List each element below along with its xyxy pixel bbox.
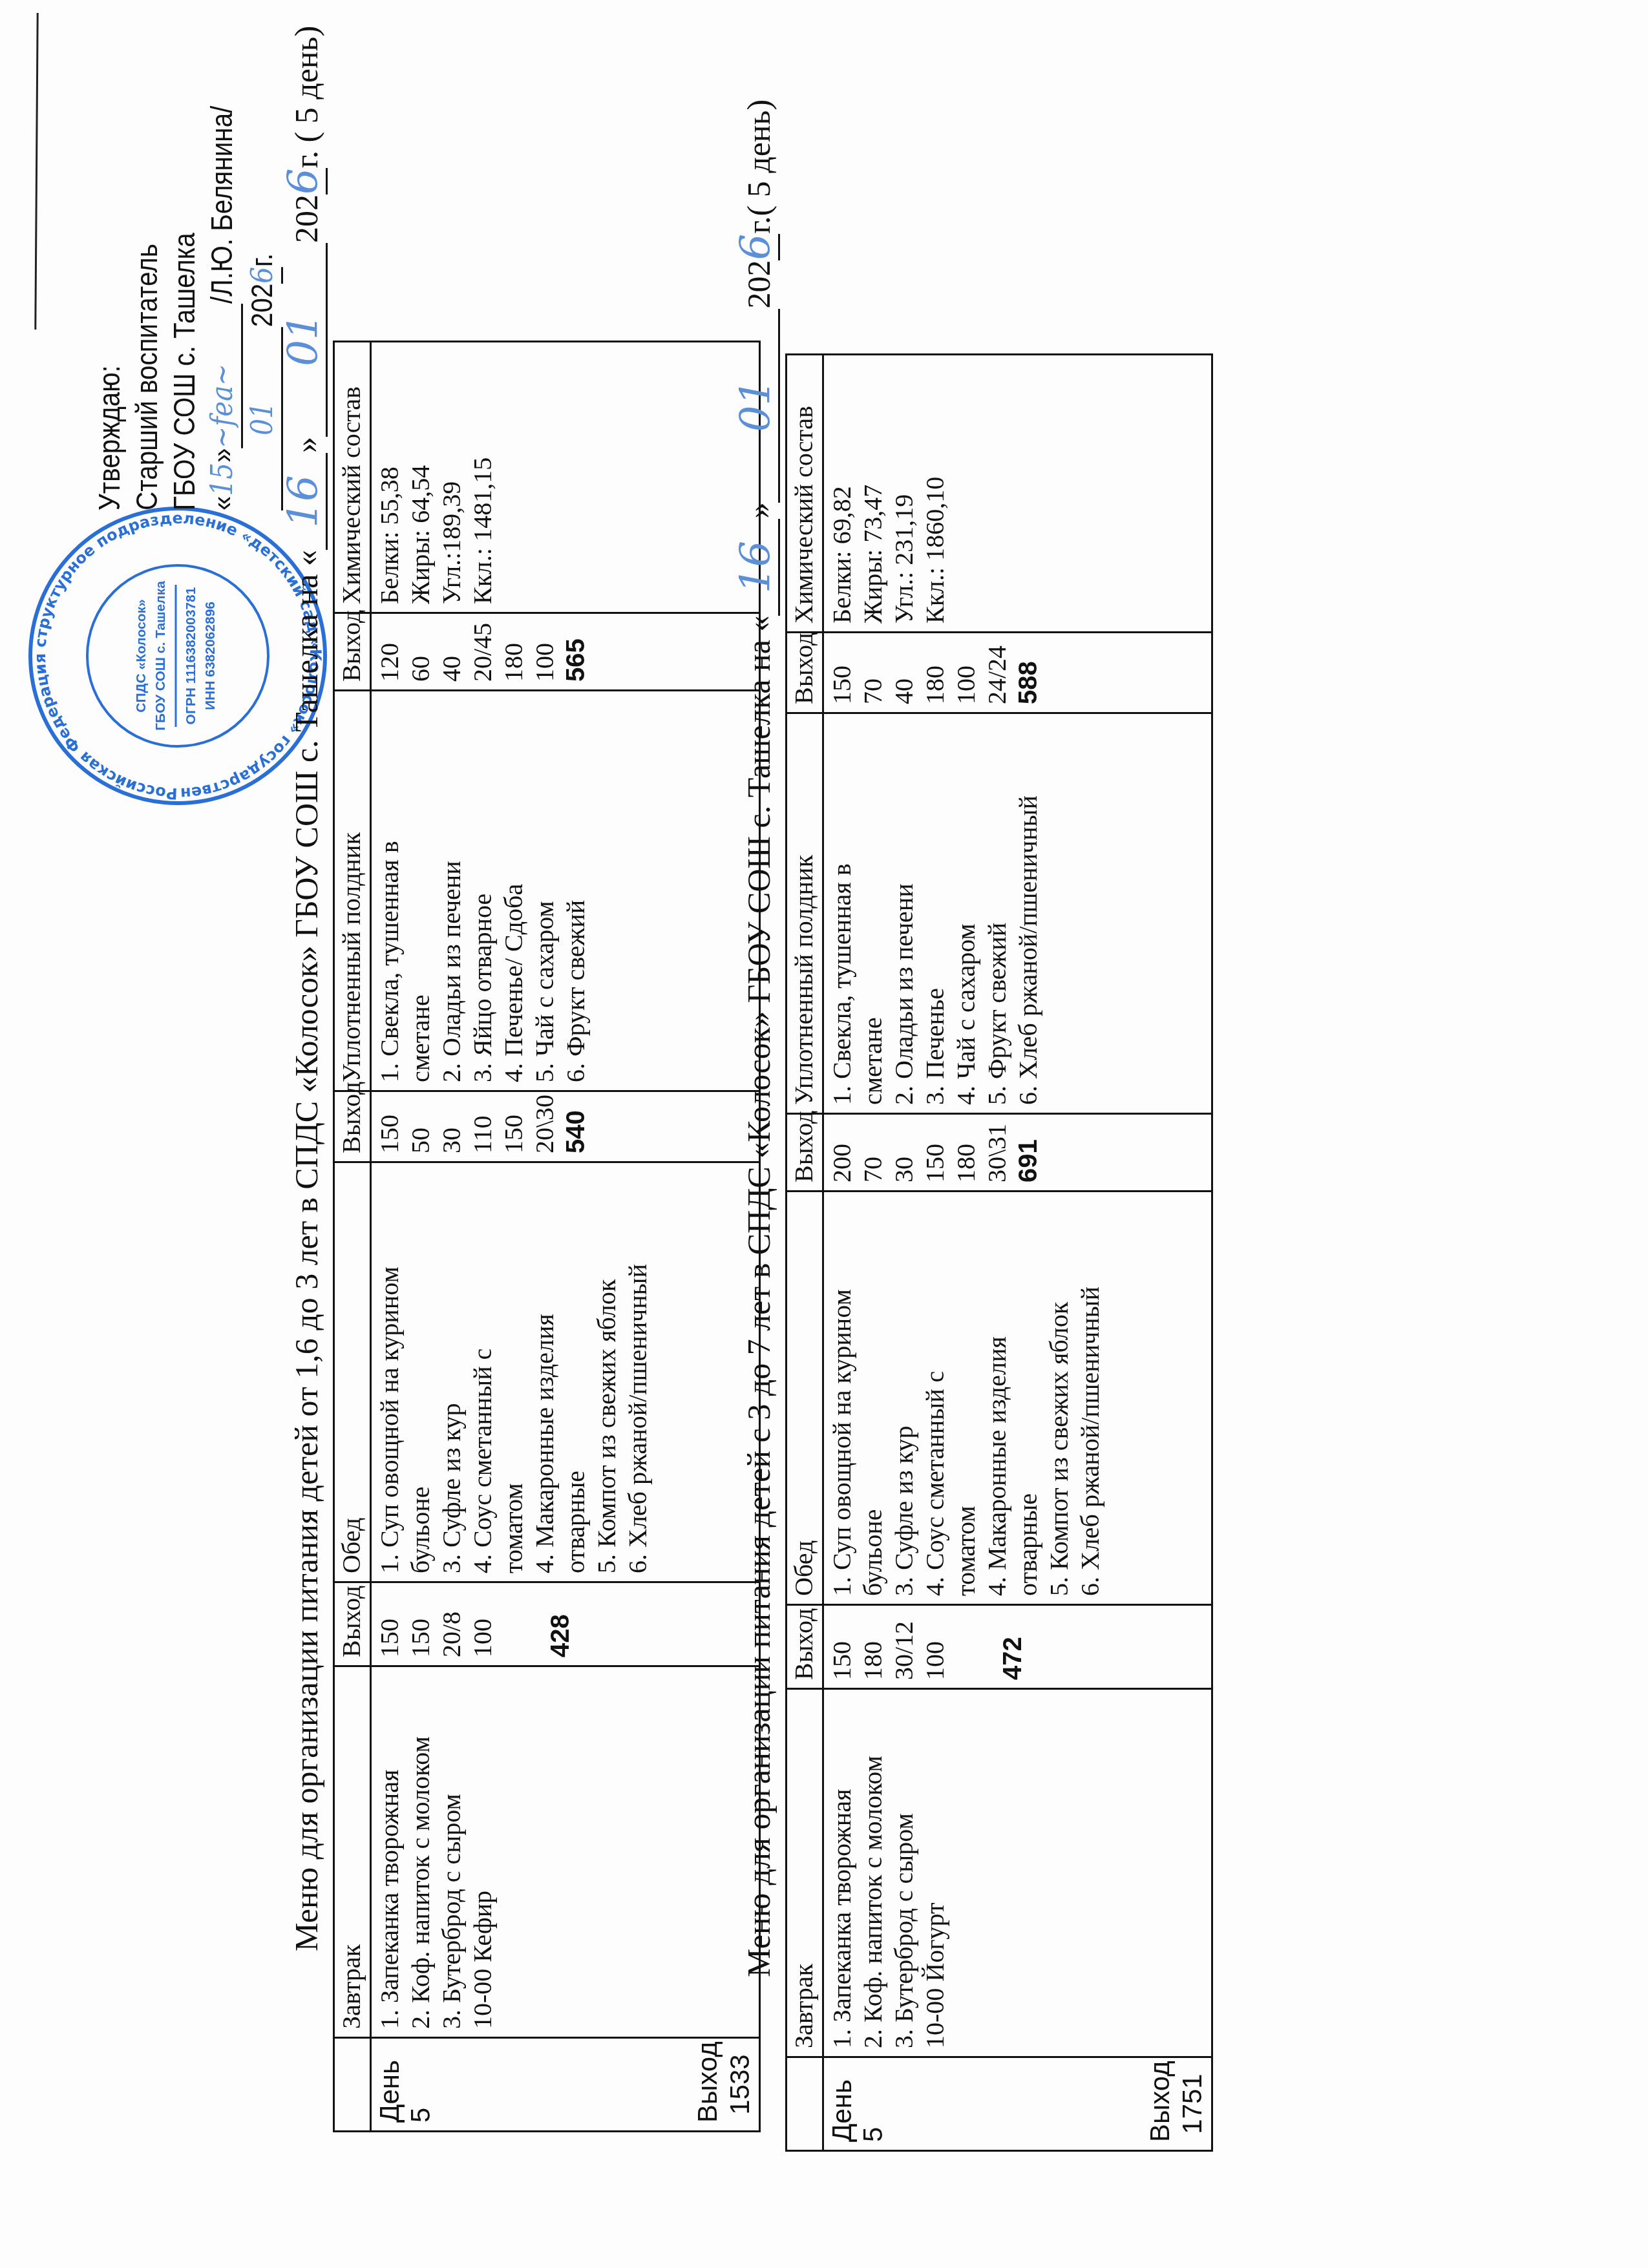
quote-close: » [288,437,324,453]
dish-item: 4. Соус сметанный с [920,1200,951,1596]
breakfast-cell: 1. Запеканка творожная2. Коф. напиток с … [823,1689,1212,2057]
menu-1-table: Завтрак Выход Обед Выход Уплотненный пол… [333,341,761,2132]
yield-value: 180 [498,622,529,682]
dish-item: 1. Запеканка творожная [374,1675,405,2029]
menu-title-text: Меню для организации питания детей от 1,… [288,550,324,1951]
yield-value: 150 [827,1613,858,1680]
breakfast-cell: 1. Запеканка творожная2. Коф. напиток с … [371,1666,760,2038]
yield-value: 180 [858,1613,889,1680]
header-lunch: Обед [787,1192,823,1605]
approval-position: Старший воспитатель [128,106,165,510]
yield-value: 60 [405,622,436,682]
dish-item: 3. Бутерброд с сыром [436,1675,467,2029]
yield-value: 24/24 [982,641,1013,704]
yield-value: 150 [498,1100,529,1153]
date-suffix: г.( 5 день) [741,100,777,234]
dish-item: 1. Свекла, тушенная в [827,722,858,1105]
header-yield: Выход [787,1605,823,1689]
yield-value: 120 [374,622,405,682]
dish-item: 4. Чай с сахаром [951,722,982,1105]
stamp-inner-line: СПДС «Колосок» [134,599,149,712]
yield-value: 20\30 [529,1100,560,1153]
header-chemistry: Химический состав [787,355,823,633]
quote-close: » [204,448,238,463]
yield-value: 40 [889,641,920,704]
yield-value: 150 [827,641,858,704]
dish-item: 4. Макаронные изделия [529,1171,560,1573]
stamp-inner-line: ОГРН 1116382003781 [184,587,198,724]
dish-item: 2. Коф. напиток с молоком [858,1697,889,2048]
dish-item: бульоне [405,1171,436,1573]
dish-item: томатом [951,1200,982,1596]
snack-cell: 1. Свекла, тушенная всметане2. Оладьи из… [371,691,760,1091]
day-cell: День 5 Выход 1751 [823,2057,1212,2151]
menu-2-title: Меню для организации питания детей с 3 д… [737,100,780,1977]
lunch-total: 540 [560,1100,591,1153]
dish-item: 6. Хлеб ржаной/пшеничный [1075,1200,1106,1596]
header-snack: Уплотненный полдник [787,713,823,1114]
header-lunch: Обед [334,1162,371,1582]
approval-signer: /Л.Ю. Белянина/ [204,106,238,304]
date-year-handwritten: 6 [732,234,780,260]
approval-year-handwritten: 6 [244,267,280,284]
dish-item: 10-00 Йогурт [920,1697,951,2048]
approval-block: Утверждаю: Старший воспитатель ГБОУ СОШ … [90,106,283,510]
snack-total: 565 [560,622,591,682]
dish-item: сметане [405,699,436,1082]
date-day-handwritten: 16 [280,475,328,527]
yield-value: 150 [920,1122,951,1182]
day-label: День 5 [827,2066,889,2142]
header-breakfast: Завтрак [334,1666,371,2038]
year-field: 6 [243,267,283,284]
chemistry-cell: Белки: 55,38Жиры: 64,54Угл.:189,39Ккл.: … [371,342,760,613]
dish-item: 3. Яйцо отварное [467,699,498,1082]
dish-item: 4. Макаронные изделия [982,1200,1013,1596]
day-cell: День 5 Выход 1533 [371,2038,760,2132]
chemistry-value: Жиры: 73,47 [858,363,889,624]
yield-value: 150 [374,1591,405,1657]
signature-field: ~fea~ [203,304,243,448]
dish-item: бульоне [858,1200,889,1596]
yield-value: 70 [858,641,889,704]
yield-value: 20/8 [436,1591,467,1657]
approval-heading: Утверждаю: [90,106,128,510]
approval-signature-line: «15»~fea~/Л.Ю. Белянина/ [203,106,243,510]
chemistry-value: Жиры: 64,54 [405,350,436,604]
dish-item: 4. Соус сметанный с [467,1171,498,1573]
day-total: Выход 1751 [1144,2066,1209,2142]
day-label: День 5 [374,2046,436,2123]
header-yield: Выход [334,1582,371,1666]
lunch-yield-cell: 200703015018030\31 691 [823,1114,1212,1192]
approval-year-prefix: 202 [244,284,279,327]
month-field: 01 [243,327,283,510]
dish-item: 1. Запеканка творожная [827,1697,858,2048]
date-month-handwritten: 01 [280,313,328,366]
snack-total: 588 [1013,641,1044,704]
approval-date-line: 012026г. [243,106,283,510]
yield-value: 20/45 [467,622,498,682]
date-year-handwritten: 6 [280,168,328,194]
yield-value: 70 [858,1122,889,1182]
menu-1-title: Меню для организации питания детей от 1,… [284,26,328,1951]
dish-item: 1. Суп овощной на курином [827,1200,858,1596]
chemistry-value: Белки: 69,82 [827,363,858,624]
lunch-cell: 1. Суп овощной на куриномбульоне3. Суфле… [371,1162,760,1582]
date-day-field: 16 [737,519,780,616]
dish-item: 1. Суп овощной на курином [374,1171,405,1573]
header-yield: Выход [334,613,371,691]
breakfast-yield-cell: 15018030/12100 472 [823,1605,1212,1689]
chemistry-value: Ккл.: 1481,15 [467,350,498,604]
day-total-label: Выход [692,2046,724,2123]
dish-item: 5. Чай с сахаром [529,699,560,1082]
chemistry-value: Белки: 55,38 [374,350,405,604]
day-total-value: 1533 [724,2046,756,2123]
yield-value: 100 [529,622,560,682]
table-row: День 5 Выход 1751 1. Запеканка творожная… [823,355,1212,2151]
yield-value: 100 [467,1591,498,1657]
table-row: День 5 Выход 1533 1. Запеканка творожная… [371,342,760,2132]
lunch-total: 691 [1013,1122,1044,1182]
yield-value: 100 [951,641,982,704]
scan-edge-line [34,13,38,330]
handwritten-signature: ~fea~ [204,364,240,448]
dish-item: 10-00 Кефир [467,1675,498,2029]
header-chemistry: Химический состав [334,342,371,613]
date-day-handwritten: 16 [732,541,780,593]
quote-open: « [204,496,238,510]
snack-cell: 1. Свекла, тушенная всметане2. Оладьи из… [823,713,1212,1114]
yield-value: 30 [889,1122,920,1182]
day-total: Выход 1533 [692,2046,756,2123]
date-month-handwritten: 01 [732,379,780,432]
table-header-row: Завтрак Выход Обед Выход Уплотненный пол… [334,342,371,2132]
dish-item: 1. Свекла, тушенная в [374,699,405,1082]
dish-item: отварные [1013,1200,1044,1596]
yield-value: 100 [920,1613,951,1680]
yield-value: 180 [951,1122,982,1182]
dish-item: 6. Фрукт свежий [560,699,591,1082]
dish-item: 5. Компот из свежих яблок [591,1171,622,1573]
header-yield: Выход [787,1114,823,1192]
yield-value: 30 [436,1100,467,1153]
dish-item: 3. Печенье [920,722,951,1105]
dish-item: 6. Хлеб ржаной/пшеничный [1013,722,1044,1105]
yield-value: 150 [405,1591,436,1657]
chemistry-value: Угл.: 231,19 [889,363,920,624]
breakfast-total: 428 [545,1591,576,1657]
dish-item: 2. Оладьи из печени [889,722,920,1105]
table-header-row: Завтрак Выход Обед Выход Уплотненный пол… [787,355,823,2151]
yield-value: 30/12 [889,1613,920,1680]
dish-item: отварные [560,1171,591,1573]
dish-item: 5. Фрукт свежий [982,722,1013,1105]
chemistry-value: Угл.:189,39 [436,350,467,604]
breakfast-yield-cell: 15015020/8100 428 [371,1582,760,1666]
dish-item: 4. Печенье/ Сдоба [498,699,529,1082]
dish-item: 3. Суфле из кур [889,1200,920,1596]
lunch-cell: 1. Суп овощной на куриномбульоне3. Суфле… [823,1192,1212,1605]
dish-item: 6. Хлеб ржаной/пшеничный [622,1171,653,1573]
dish-item: 5. Компот из свежих яблок [1044,1200,1075,1596]
chemistry-value: Ккл.: 1860,10 [920,363,951,624]
date-month-field: 01 [737,309,780,503]
header-day [787,2057,823,2151]
header-yield: Выход [334,1091,371,1162]
chemistry-cell: Белки: 69,82Жиры: 73,47Угл.: 231,19Ккл.:… [823,355,1212,633]
stamp-inner-line: ИНН 6382062896 [203,602,218,710]
lunch-yield-cell: 150503011015020\30 540 [371,1091,760,1162]
date-year-prefix: 202 [741,260,777,309]
approval-month-handwritten: 01 [244,402,280,435]
yield-value: 110 [467,1100,498,1153]
yield-value: 50 [405,1100,436,1153]
header-day [334,2038,371,2132]
date-year-field: 6 [284,168,328,194]
dish-item: 2. Коф. напиток с молоком [405,1675,436,2029]
day-total-value: 1751 [1176,2066,1209,2142]
yield-value: 200 [827,1122,858,1182]
snack-yield-cell: 120604020/45180100 565 [371,613,760,691]
stamp-inner-line: ГБОУ СОШ с. Ташелка [153,581,168,731]
scanned-menu-page: Российская Федерация структурное подразд… [0,0,1648,2268]
breakfast-total: 472 [997,1613,1028,1680]
approval-day-handwritten: 15 [204,463,240,496]
date-day-field: 16 [284,453,328,550]
dish-item: томатом [498,1171,529,1573]
date-month-field: 01 [284,243,328,437]
dish-item: 3. Бутерброд с сыром [889,1697,920,2048]
yield-value: 180 [920,641,951,704]
snack-yield-cell: 150704018010024/24 588 [823,633,1212,713]
dish-item: 3. Суфле из кур [436,1171,467,1573]
date-suffix: г. ( 5 день) [288,26,324,168]
date-year-prefix: 202 [288,194,324,243]
header-yield: Выход [787,633,823,713]
yield-value: 40 [436,622,467,682]
approval-year-suffix: г. [244,253,279,267]
quote-close: » [741,503,777,519]
header-snack: Уплотненный полдник [334,691,371,1091]
approval-organization: ГБОУ СОШ с. Ташелка [165,106,203,510]
header-breakfast: Завтрак [787,1689,823,2057]
dish-item: сметане [858,722,889,1105]
menu-title-text: Меню для организации питания детей с 3 д… [741,616,777,1977]
date-year-field: 6 [737,234,780,260]
day-total-label: Выход [1144,2066,1176,2142]
menu-2-table: Завтрак Выход Обед Выход Уплотненный пол… [785,353,1213,2152]
dish-item: 2. Оладьи из печени [436,699,467,1082]
yield-value: 150 [374,1100,405,1153]
yield-value: 30\31 [982,1122,1013,1182]
